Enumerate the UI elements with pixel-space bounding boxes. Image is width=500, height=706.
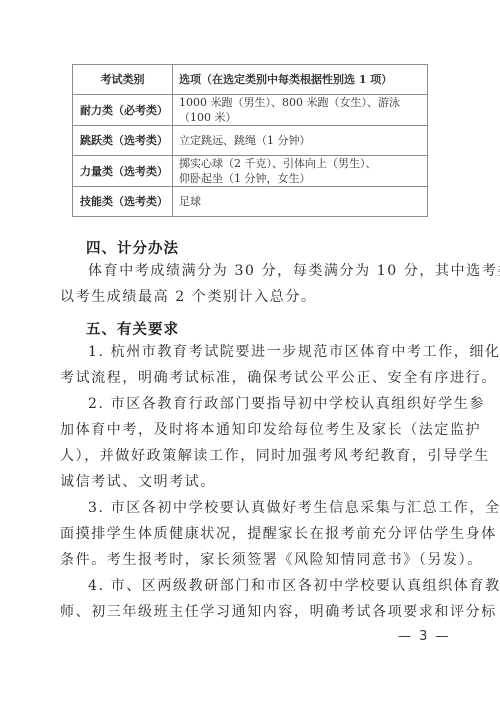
row-category: 技能类（选考类） [73, 187, 173, 217]
row-options: 掷实心球（2 千克）、引体向上（男生）、 仰卧起坐（1 分钟，女生） [173, 156, 428, 187]
paragraph-line: 诚信考试、文明考试。 [60, 469, 440, 495]
paragraph-line: 体育中考成绩满分为 30 分，每类满分为 10 分，其中选考类 [60, 258, 440, 284]
page-number: — 3 — [398, 629, 451, 644]
requirement-item-2: 2. 市区各教育行政部门要指导初中学校认真组织好学生参 加体育中考，及时将本通知… [60, 391, 440, 495]
paragraph-line: 条件。考生报考时，家长须签署《风险知情同意书》（另发）。 [60, 547, 440, 573]
table-row: 跳跃类（选考类） 立定跳远、跳绳（1 分钟） [73, 126, 428, 156]
row-category: 力量类（选考类） [73, 156, 173, 187]
requirement-item-3: 3. 市区各初中学校要认真做好考生信息采集与汇总工作，全 面摸排学生体质健康状况… [60, 495, 440, 573]
row-options-line: 仰卧起坐（1 分钟，女生） [179, 171, 421, 186]
paragraph-line: 加体育中考，及时将本通知印发给每位考生及家长（法定监护 [60, 417, 440, 443]
requirement-item-1: 1. 杭州市教育考试院要进一步规范市区体育中考工作，细化 考试流程，明确考试标准… [60, 339, 440, 391]
row-category: 跳跃类（选考类） [73, 126, 173, 156]
paragraph-line: 考试流程，明确考试标准，确保考试公平公正、安全有序进行。 [60, 365, 440, 391]
row-options: 立定跳远、跳绳（1 分钟） [173, 126, 428, 156]
paragraph-line: 人），并做好政策解读工作，同时加强考风考纪教育，引导学生 [60, 443, 440, 469]
exam-category-table: 考试类别 选项（在选定类别中每类根据性别选 1 项） 耐力类（必考类） 1000… [72, 64, 428, 217]
paragraph-line: 2. 市区各教育行政部门要指导初中学校认真组织好学生参 [60, 391, 440, 417]
header-options: 选项（在选定类别中每类根据性别选 1 项） [173, 65, 428, 95]
table-row: 耐力类（必考类） 1000 米跑（男生）、800 米跑（女生）、游泳（100 米… [73, 95, 428, 126]
paragraph-line: 师、初三年级班主任学习通知内容，明确考试各项要求和评分标 [60, 599, 440, 625]
table-header-row: 考试类别 选项（在选定类别中每类根据性别选 1 项） [73, 65, 428, 95]
row-options: 足球 [173, 187, 428, 217]
requirement-item-4: 4. 市、区两级教研部门和市区各初中学校要认真组织体育教 师、初三年级班主任学习… [60, 573, 440, 625]
paragraph-line: 3. 市区各初中学校要认真做好考生信息采集与汇总工作，全 [60, 495, 440, 521]
section-heading-requirements: 五、有关要求 [86, 318, 179, 339]
table-row: 力量类（选考类） 掷实心球（2 千克）、引体向上（男生）、 仰卧起坐（1 分钟，… [73, 156, 428, 187]
row-category: 耐力类（必考类） [73, 95, 173, 126]
scoring-paragraph: 体育中考成绩满分为 30 分，每类满分为 10 分，其中选考类 以考生成绩最高 … [60, 258, 440, 310]
row-options: 1000 米跑（男生）、800 米跑（女生）、游泳（100 米） [173, 95, 428, 126]
header-category: 考试类别 [73, 65, 173, 95]
paragraph-line: 面摸排学生体质健康状况，提醒家长在报考前充分评估学生身体 [60, 521, 440, 547]
paragraph-line: 1. 杭州市教育考试院要进一步规范市区体育中考工作，细化 [60, 339, 440, 365]
section-heading-scoring: 四、计分办法 [86, 237, 179, 258]
row-options-line: 掷实心球（2 千克）、引体向上（男生）、 [179, 156, 421, 171]
paragraph-line: 4. 市、区两级教研部门和市区各初中学校要认真组织体育教 [60, 573, 440, 599]
paragraph-line: 以考生成绩最高 2 个类别计入总分。 [60, 284, 440, 310]
table-row: 技能类（选考类） 足球 [73, 187, 428, 217]
